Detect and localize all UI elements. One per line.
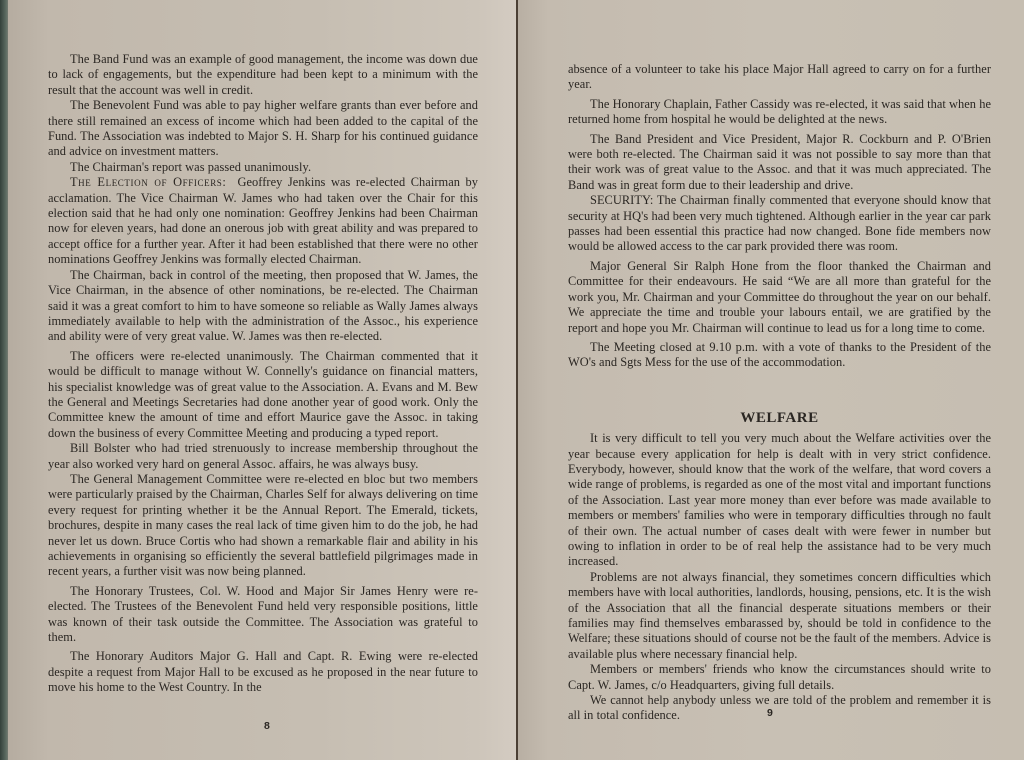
paragraph-management-committee: The General Management Committee were re… bbox=[48, 472, 478, 580]
page-number-left: 8 bbox=[264, 720, 270, 732]
paragraph-band-fund: The Band Fund was an example of good man… bbox=[48, 52, 478, 98]
paragraph-vice-chairman: The Chairman, back in control of the mee… bbox=[48, 268, 478, 345]
paragraph-continued: absence of a volunteer to take his place… bbox=[568, 62, 991, 93]
paragraph-auditors: The Honorary Auditors Major G. Hall and … bbox=[48, 649, 478, 695]
right-page: absence of a volunteer to take his place… bbox=[518, 0, 1024, 760]
right-page-text: absence of a volunteer to take his place… bbox=[568, 62, 991, 724]
paragraph-band-president: The Band President and Vice President, M… bbox=[568, 132, 991, 194]
paragraph-meeting-closed: The Meeting closed at 9.10 p.m. with a v… bbox=[568, 340, 991, 371]
paragraph-officers: The officers were re-elected unanimously… bbox=[48, 349, 478, 441]
paragraph-report-passed: The Chairman's report was passed unanimo… bbox=[48, 160, 478, 175]
paragraph-welfare-contact: Members or members' friends who know the… bbox=[568, 662, 991, 693]
election-heading: The Election of Officers: bbox=[70, 175, 226, 189]
paragraph-welfare-intro: It is very difficult to tell you very mu… bbox=[568, 431, 991, 570]
paragraph-ralph-hone: Major General Sir Ralph Hone from the fl… bbox=[568, 259, 991, 336]
welfare-heading: WELFARE bbox=[568, 411, 991, 426]
paragraph-welfare-confidence: We cannot help anybody unless we are tol… bbox=[568, 693, 991, 724]
paragraph-welfare-problems: Problems are not always financial, they … bbox=[568, 570, 991, 662]
paragraph-trustees: The Honorary Trustees, Col. W. Hood and … bbox=[48, 584, 478, 646]
paragraph-security: SECURITY: The Chairman finally commented… bbox=[568, 193, 991, 255]
paragraph-bill-bolster: Bill Bolster who had tried strenuously t… bbox=[48, 441, 478, 472]
paragraph-election: The Election of Officers: Geoffrey Jenki… bbox=[48, 175, 478, 267]
left-page-text: The Band Fund was an example of good man… bbox=[48, 52, 478, 696]
paragraph-benevolent-fund: The Benevolent Fund was able to pay high… bbox=[48, 98, 478, 160]
paragraph-chaplain: The Honorary Chaplain, Father Cassidy wa… bbox=[568, 97, 991, 128]
open-booklet-spread: The Band Fund was an example of good man… bbox=[0, 0, 1024, 760]
page-number-right: 9 bbox=[767, 707, 773, 719]
left-page: The Band Fund was an example of good man… bbox=[8, 0, 518, 760]
